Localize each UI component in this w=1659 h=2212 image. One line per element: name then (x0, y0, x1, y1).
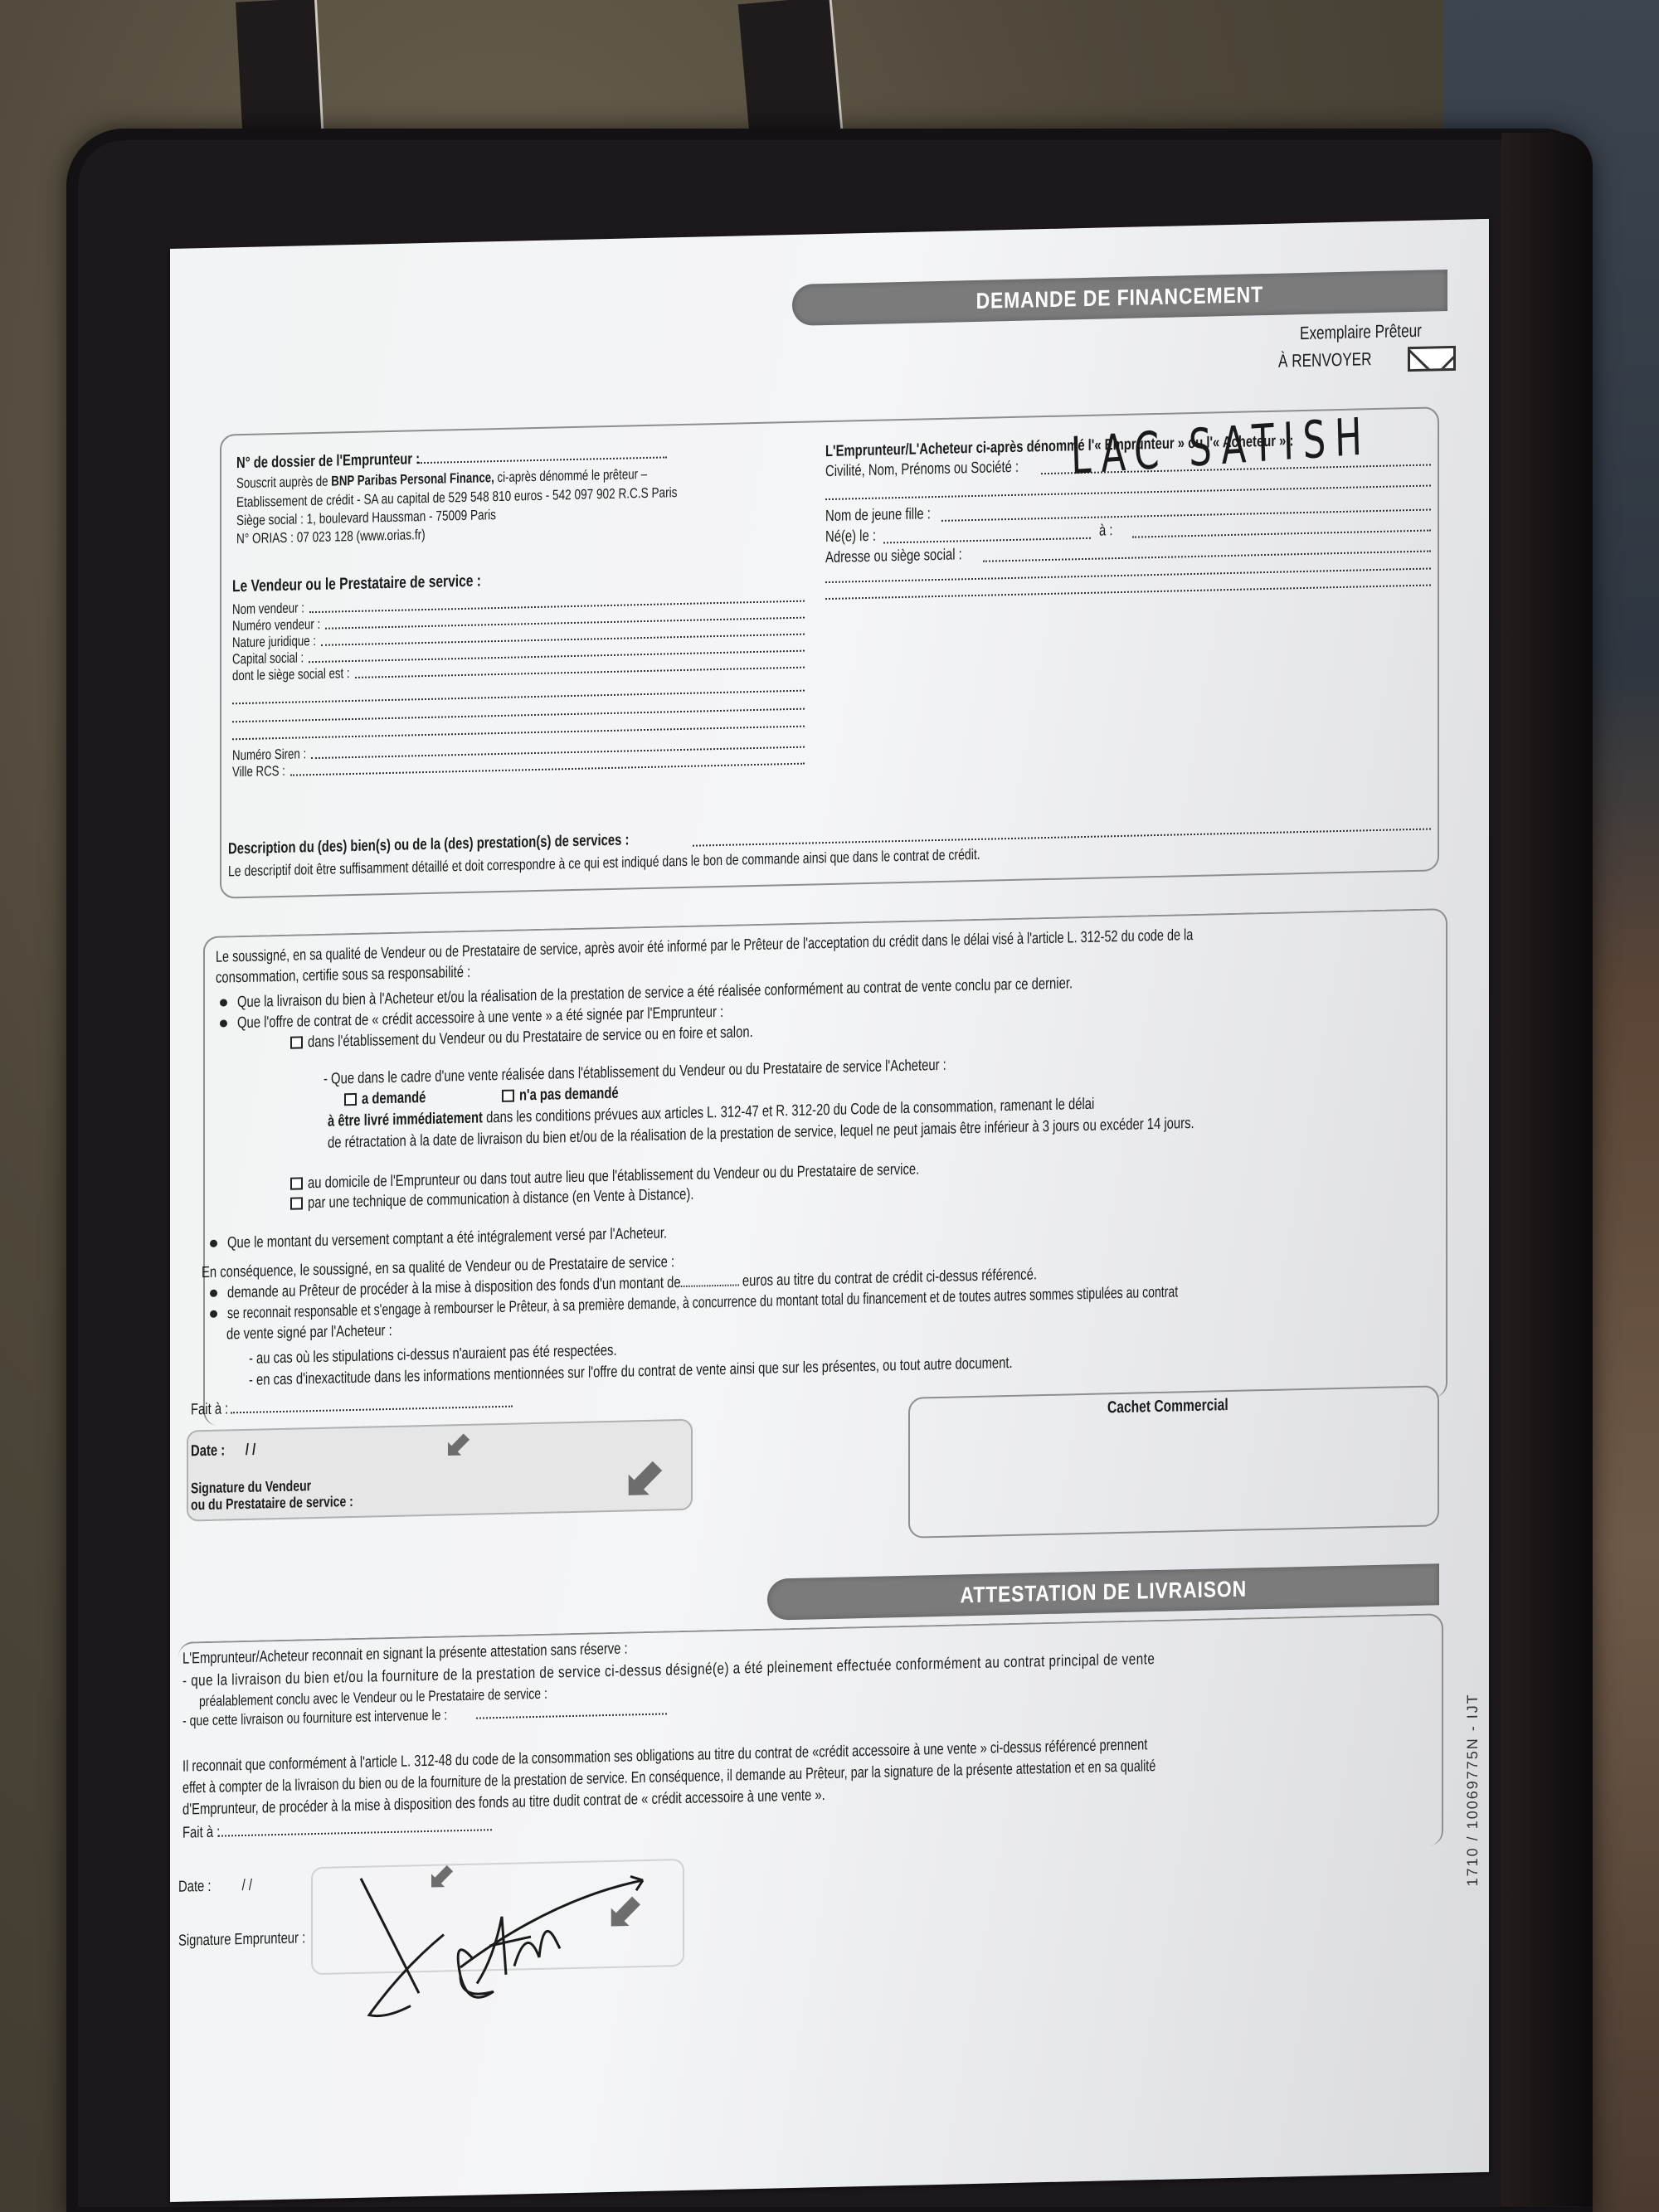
sign-here-arrow-icon: ⬋ (444, 1428, 472, 1462)
seller-signature-label: Signature du Vendeur ou du Prestataire d… (191, 1475, 399, 1514)
bullet-icon (210, 1240, 217, 1247)
checkbox-distance[interactable] (290, 1197, 303, 1209)
borrower-date-field[interactable]: Date : / / (178, 1876, 273, 1897)
seller-field-label: Numéro Siren : (232, 746, 306, 764)
checkbox-requested[interactable] (344, 1093, 357, 1106)
borrower-signature-label: Signature Emprunteur : (178, 1928, 341, 1950)
checkbox-not-requested[interactable] (502, 1090, 514, 1102)
seller-field-label: Nom vendeur : (232, 600, 304, 618)
form-reference-code: 1710 / 10069775N - IJT (1464, 1693, 1481, 1887)
borrower-signature-icon (336, 1863, 684, 2029)
delivery-title: ATTESTATION DE LIVRAISON (960, 1576, 1247, 1608)
seller-field-label: Nature juridique : (232, 633, 316, 651)
delivery-title-banner: ATTESTATION DE LIVRAISON (767, 1563, 1439, 1620)
envelope-icon (1408, 346, 1456, 372)
seller-field-label: Capital social : (232, 649, 304, 668)
bullet-icon (210, 1310, 217, 1318)
seller-field-label: Numéro vendeur : (232, 616, 320, 634)
option-not-requested[interactable]: n'a pas demandé (502, 1084, 646, 1106)
bullet-icon (220, 999, 227, 1007)
bullet-icon (220, 1020, 227, 1028)
form-title: DEMANDE DE FINANCEMENT (976, 282, 1263, 314)
binder-spine (1501, 133, 1593, 2206)
commercial-stamp-label: Cachet Commercial (1107, 1395, 1262, 1417)
seller-field-label: dont le siège social est : (232, 665, 350, 684)
seller-field-label: Ville RCS : (232, 763, 285, 780)
checkbox-establishment[interactable] (290, 1036, 303, 1048)
checkbox-home[interactable] (290, 1177, 303, 1189)
birth-place-label: à : (1099, 522, 1112, 540)
financing-request-form: DEMANDE DE FINANCEMENT Exemplaire Prêteu… (170, 219, 1489, 2202)
return-label: À RENVOYER (1278, 346, 1456, 375)
bullet-icon (210, 1290, 217, 1297)
amount-field[interactable] (681, 1284, 739, 1287)
form-title-banner: DEMANDE DE FINANCEMENT (792, 270, 1447, 326)
seller-date-field[interactable]: Date : / / (191, 1441, 274, 1461)
option-requested[interactable]: a demandé (344, 1089, 444, 1110)
sign-here-arrow-icon: ⬋ (622, 1452, 665, 1505)
copy-label: Exemplaire Prêteur (1300, 319, 1456, 344)
